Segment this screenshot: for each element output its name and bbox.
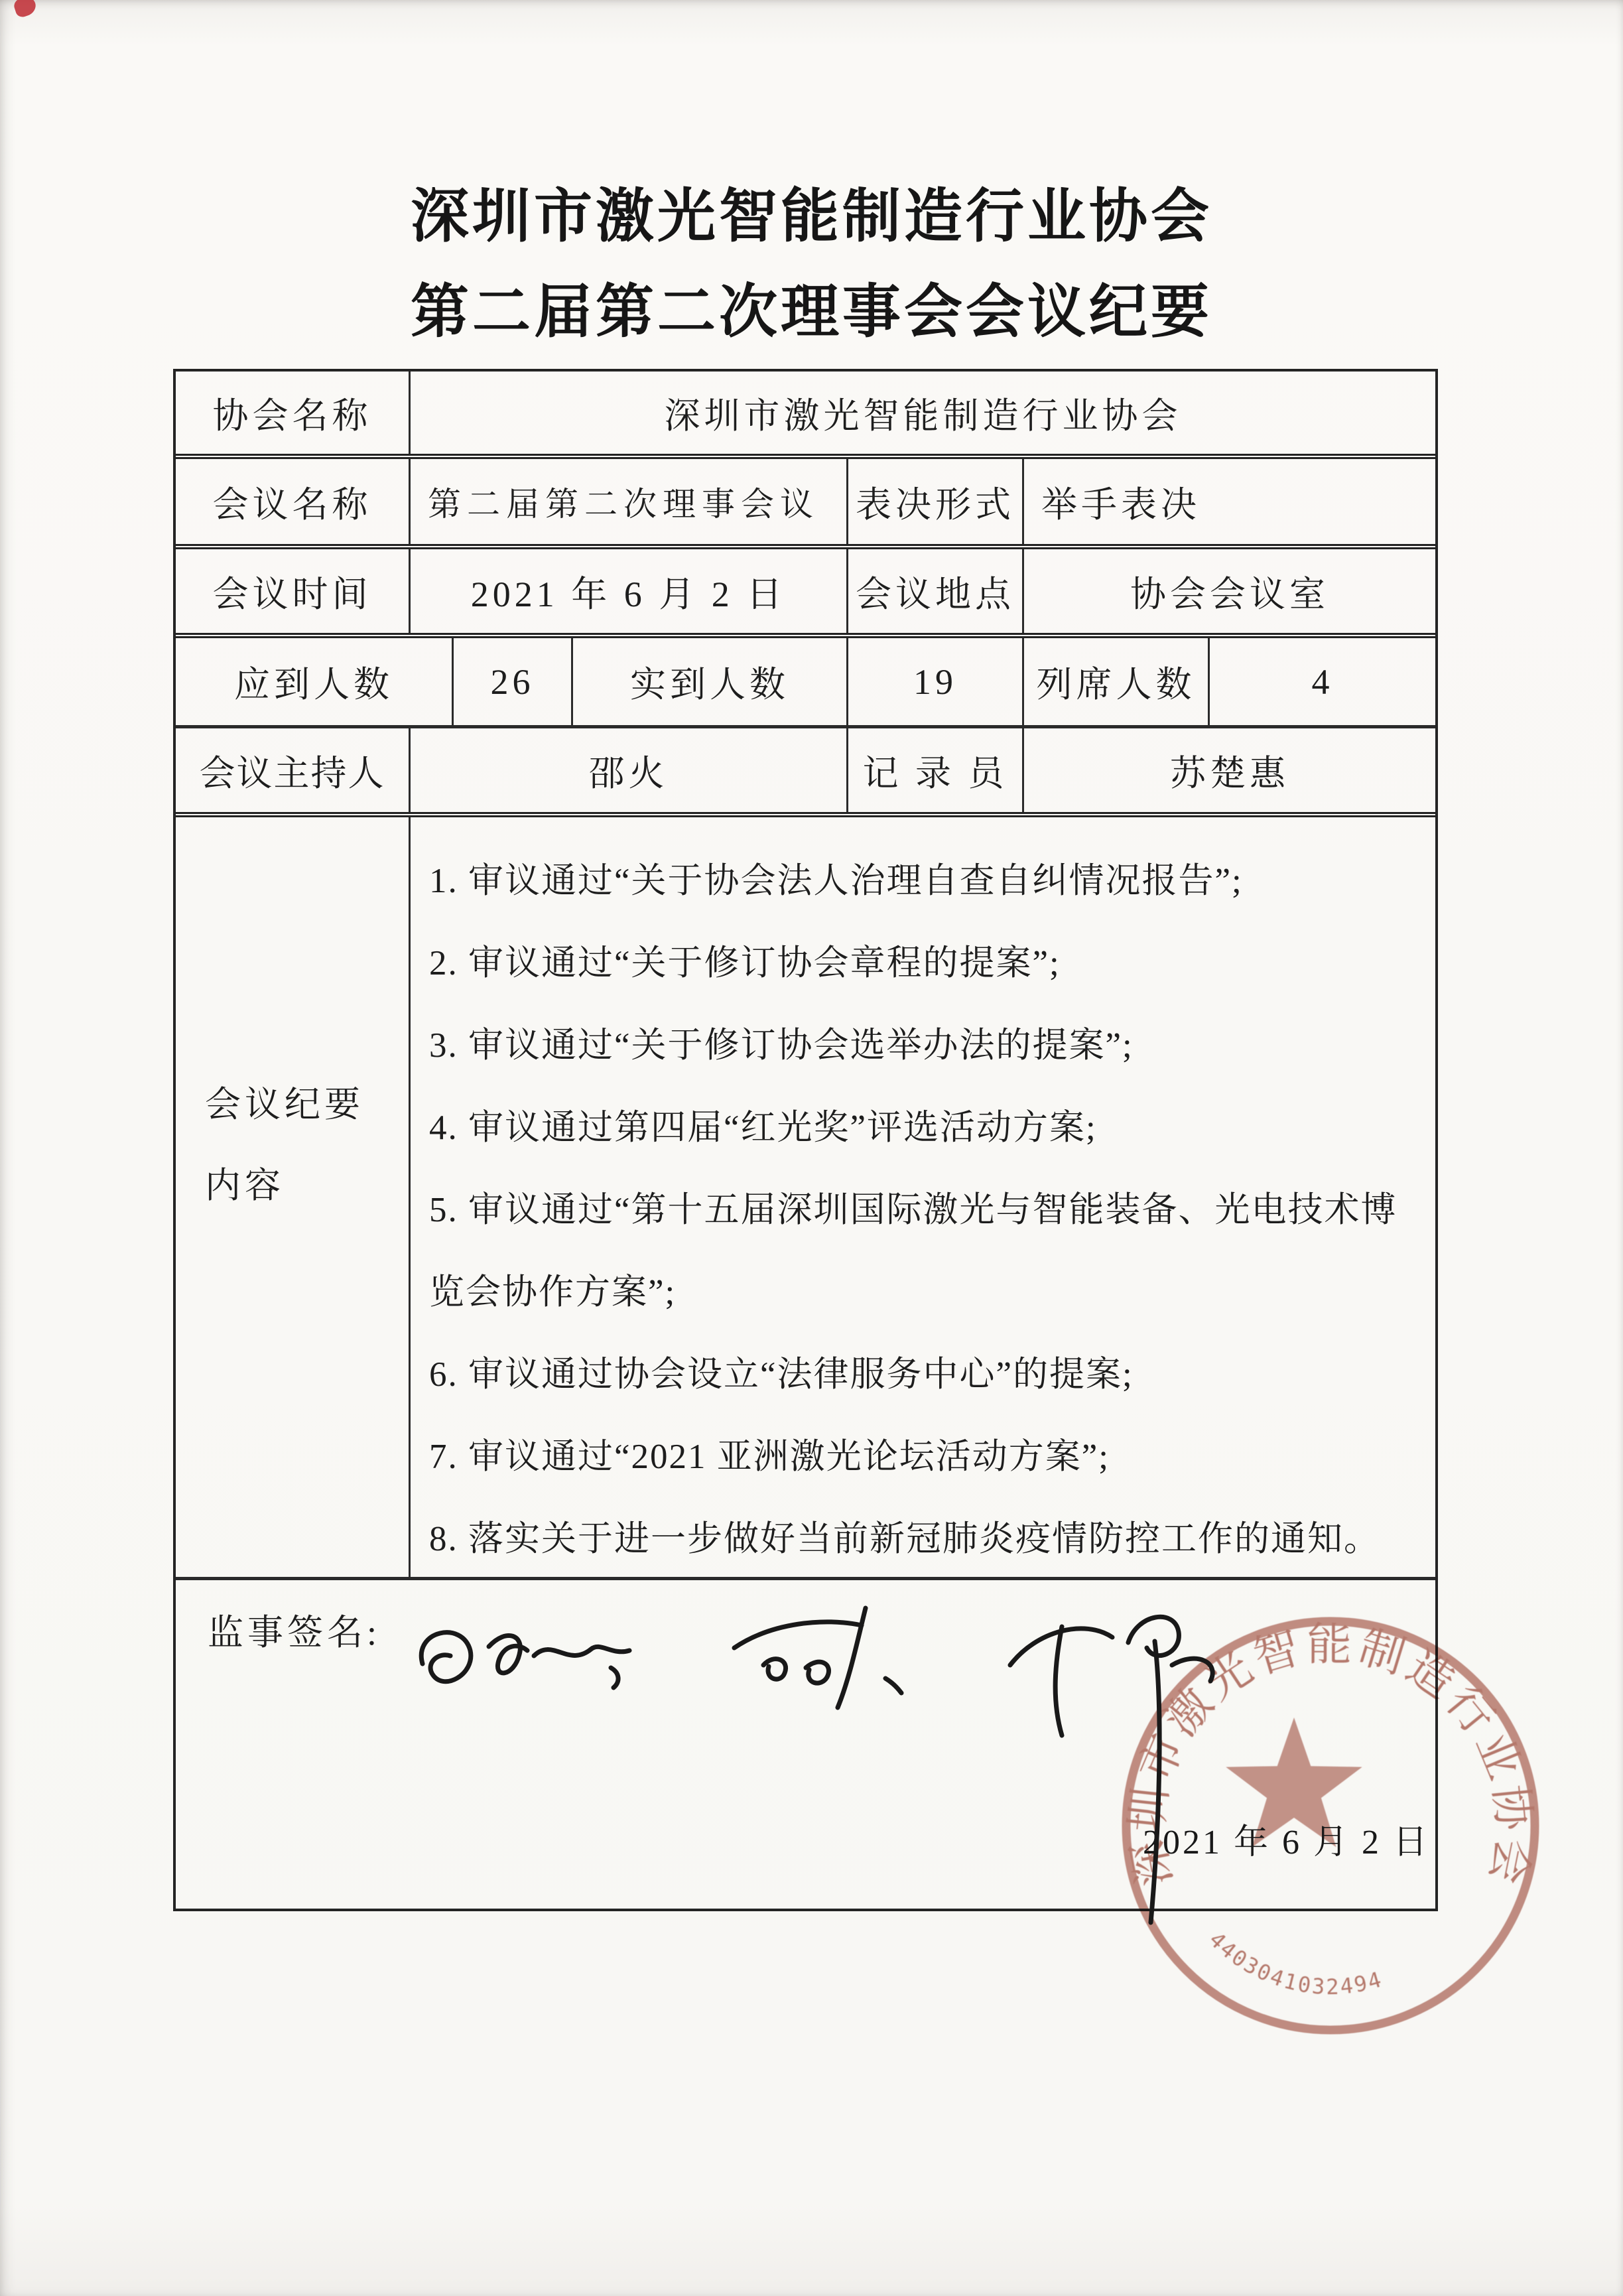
host-value: 邵火 [411,728,848,812]
document-title-line1: 深圳市激光智能制造行业协会 [0,178,1623,257]
vote-form-label: 表决形式 [848,459,1024,544]
meeting-name-value: 第二届第二次理事会议 [411,459,848,544]
supervisor-signature-label: 监事签名: [208,1604,381,1655]
scan-red-speck [12,0,38,19]
meeting-time-label: 会议时间 [176,549,411,633]
minutes-item-1: 1. 审议通过“关于协会法人治理自查自纠情况报告”; [429,840,1403,922]
association-label: 协会名称 [176,371,411,454]
scanned-document-page: 深圳市激光智能制造行业协会 第二届第二次理事会会议纪要 协会名称 深圳市激光智能… [0,0,1623,2296]
minutes-item-2: 2. 审议通过“关于修订协会章程的提案”; [429,922,1403,1004]
document-title-line2: 第二届第二次理事会会议纪要 [0,273,1623,353]
row-supervisor-signatures: 监事签名: [176,1580,1435,1909]
minutes-table: 协会名称 深圳市激光智能制造行业协会 会议名称 第二届第二次理事会议 表决形式 … [173,369,1438,1911]
recorder-label: 记 录 员 [848,728,1024,812]
vote-form-value: 举手表决 [1024,459,1435,544]
row-attendance: 应到人数 26 实到人数 19 列席人数 4 [176,638,1435,728]
row-meeting-time: 会议时间 2021 年 6 月 2 日 会议地点 协会会议室 [176,549,1435,638]
observer-count-label: 列席人数 [1024,638,1210,725]
minutes-item-4: 4. 审议通过第四届“红光奖”评选活动方案; [429,1087,1403,1169]
row-association: 协会名称 深圳市激光智能制造行业协会 [176,371,1435,459]
association-value: 深圳市激光智能制造行业协会 [411,371,1435,454]
host-label: 会议主持人 [176,728,411,812]
actual-count-value: 19 [848,638,1024,725]
meeting-place-label: 会议地点 [848,549,1024,633]
minutes-item-8: 8. 落实关于进一步做好当前新冠肺炎疫情防控工作的通知。 [429,1498,1403,1580]
minutes-label-line2: 内容 [205,1145,285,1226]
row-host: 会议主持人 邵火 记 录 员 苏楚惠 [176,728,1435,817]
observer-count-value: 4 [1210,638,1435,725]
minutes-label: 会议纪要 内容 [176,817,411,1577]
minutes-label-line1: 会议纪要 [205,1064,364,1145]
handwritten-signature-3 [998,1600,1264,1945]
row-meeting-name: 会议名称 第二届第二次理事会议 表决形式 举手表决 [176,459,1435,549]
meeting-place-value: 协会会议室 [1024,549,1435,633]
expected-count-value: 26 [454,638,573,725]
minutes-items: 1. 审议通过“关于协会法人治理自查自纠情况报告”; 2. 审议通过“关于修订协… [411,817,1435,1577]
row-minutes-content: 会议纪要 内容 1. 审议通过“关于协会法人治理自查自纠情况报告”; 2. 审议… [176,817,1435,1580]
meeting-name-label: 会议名称 [176,459,411,544]
recorder-value: 苏楚惠 [1024,728,1435,812]
expected-count-label: 应到人数 [176,638,454,725]
minutes-item-5: 5. 审议通过“第十五届深圳国际激光与智能装备、光电技术博览会协作方案”; [429,1169,1403,1333]
minutes-item-6: 6. 审议通过协会设立“法律服务中心”的提案; [429,1333,1403,1416]
handwritten-signature-2 [725,1599,964,1718]
actual-count-label: 实到人数 [573,638,848,725]
meeting-time-value: 2021 年 6 月 2 日 [411,549,848,633]
minutes-item-7: 7. 审议通过“2021 亚洲激光论坛活动方案”; [429,1416,1403,1498]
handwritten-signature-1 [401,1612,647,1725]
minutes-item-3: 3. 审议通过“关于修订协会选举办法的提案”; [429,1004,1403,1087]
